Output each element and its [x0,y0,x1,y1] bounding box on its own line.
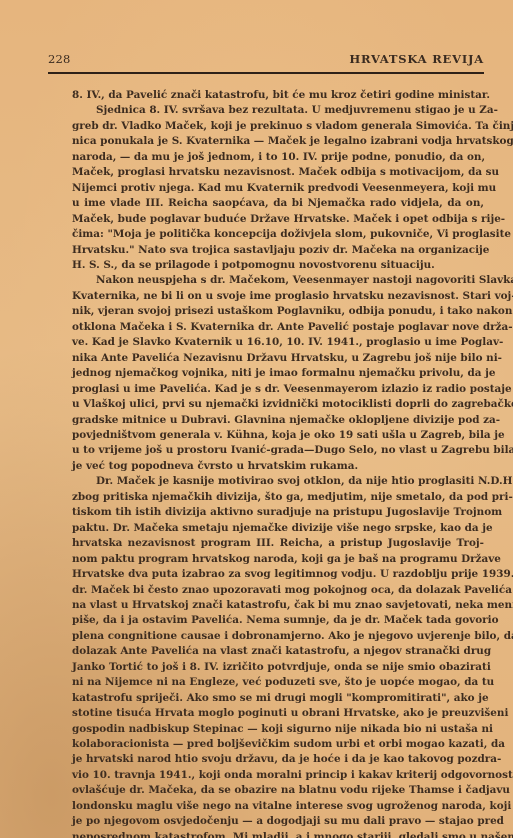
text-line: je po njegovom osvjedočenju — a dogodjaj… [48,814,484,829]
text-line: u ime vlade III. Reicha saopćava, da bi … [48,196,484,211]
text-line: čima: "Moja je politička koncepcija doži… [48,227,484,242]
text-line: greb dr. Vladko Maček, koji je prekinuo … [48,119,484,134]
text-line: Sjednica 8. IV. svršava bez rezultata. U… [48,103,484,118]
text-line: kolaboracionista — pred boljševičkim sud… [48,737,484,752]
text-line: gospodin nadbiskup Stepinac — koji sigur… [48,722,484,737]
text-line: ve. Kad je Slavko Kvaternik u 16.10, 10.… [48,335,484,350]
text-line: je hrvatski narod htio svoju državu, da … [48,752,484,767]
text-line: Maček, bude poglavar buduće Države Hrvat… [48,212,484,227]
text-line: stotine tisuća Hrvata moglo poginuti u o… [48,706,484,721]
page-number: 228 [48,52,71,66]
text-line: Hrvatske dva puta izabrao za svog legiti… [48,567,484,582]
text-line: otklona Mačeka i S. Kvaternika dr. Ante … [48,320,484,335]
paragraph: Sjednica 8. IV. svršava bez rezultata. U… [48,103,484,273]
text-line: nika Ante Pavelića Nezavisnu Državu Hrva… [48,351,484,366]
text-line: gradske mitnice u Dubravi. Glavnina njem… [48,413,484,428]
text-line: Dr. Maček je kasnije motivirao svoj otkl… [48,474,484,489]
running-head: 228 HRVATSKA REVIJA [48,52,484,68]
journal-title: HRVATSKA REVIJA [349,52,484,66]
text-line: piše, da i ja ostavim Pavelića. Nema sum… [48,613,484,628]
text-line: paktu. Dr. Mačeka smetaju njemačke diviz… [48,521,484,536]
text-line: Kvaternika, ne bi li on u svoje ime prog… [48,289,484,304]
text-line: povjedništvom generala v. Kühna, koja je… [48,428,484,443]
text-line: dr. Maček bi često znao upozoravati mog … [48,583,484,598]
text-line: ni na Nijemce ni na Engleze, već poduzet… [48,675,484,690]
paragraph: Dr. Maček je kasnije motivirao svoj otkl… [48,474,484,838]
paragraph: Nakon neuspjeha s dr. Mačekom, Veesenmay… [48,273,484,474]
paragraph: 8. IV., da Pavelić znači katastrofu, bit… [48,88,484,103]
text-line: zbog pritiska njemačkih divizija, što ga… [48,490,484,505]
text-line: u Vlaškoj ulici, prvi su njemački izvidn… [48,397,484,412]
body-text: 8. IV., da Pavelić znači katastrofu, bit… [48,88,484,838]
text-line: Janko Tortić to još i 8. IV. izričito po… [48,660,484,675]
text-line: naroda, — da mu je još jednom, i to 10. … [48,150,484,165]
text-line: katastrofu spriječi. Ako smo se mi drugi… [48,691,484,706]
text-line: Hrvatsku." Nato sva trojica sastavljaju … [48,243,484,258]
text-line: na vlast u Hrvatskoj znači katastrofu, č… [48,598,484,613]
text-line: ovlašćuje dr. Mačeka, da se obazire na b… [48,783,484,798]
text-line: dolazak Ante Pavelića na vlast znači kat… [48,644,484,659]
text-line: proglasi u ime Pavelića. Kad je s dr. Ve… [48,382,484,397]
text-line: nom paktu program hrvatskog naroda, koji… [48,552,484,567]
text-line: nica ponukala je S. Kvaternika — Maček j… [48,134,484,149]
text-line: Nijemci protiv njega. Kad mu Kvaternik p… [48,181,484,196]
text-line: neposrednom katastrofom. Mi mladji, a i … [48,830,484,838]
text-line: plena congnitione causae i dobronamjerno… [48,629,484,644]
text-line: u to vrijeme još u prostoru Ivanić-grada… [48,443,484,458]
text-line: nik, vjeran svojoj prisezi ustaškom Pogl… [48,304,484,319]
text-line: Nakon neuspjeha s dr. Mačekom, Veesenmay… [48,273,484,288]
text-line: H. S. S., da se prilagode i potpomognu n… [48,258,484,273]
text-line: vio 10. travnja 1941., koji onda moralni… [48,768,484,783]
header-rule [48,72,484,74]
text-line: je već tog popodneva čvrsto u hrvatskim … [48,459,484,474]
text-line: jednog njemačkog vojnika, niti je imao f… [48,366,484,381]
text-line: 8. IV., da Pavelić znači katastrofu, bit… [48,88,484,103]
text-line: londonsku maglu više nego na vitalne int… [48,799,484,814]
text-line: hrvatska nezavisnost program III. Reicha… [48,536,484,551]
text-line: Maček, proglasi hrvatsku nezavisnost. Ma… [48,165,484,180]
text-line: tiskom tih istih divizija aktivno suradj… [48,505,484,520]
